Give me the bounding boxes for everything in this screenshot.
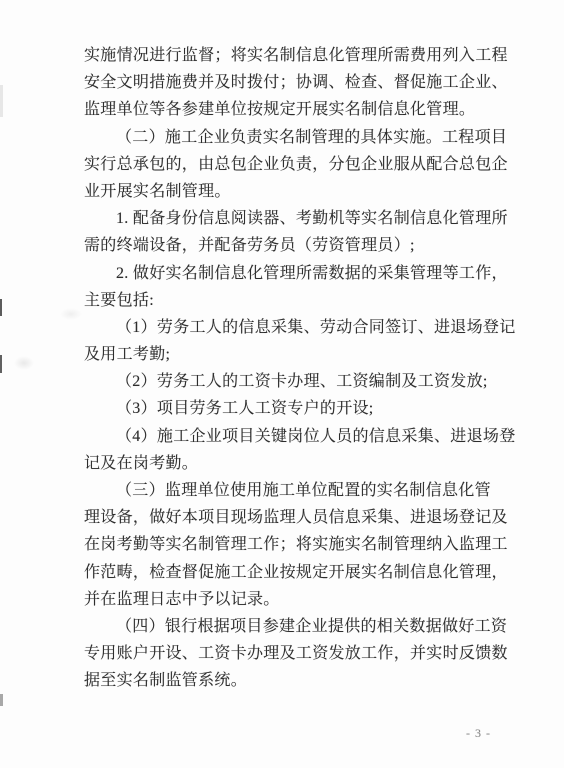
text-line: （2）劳务工人的工资卡办理、工资编制及工资发放; bbox=[84, 368, 514, 395]
text-line: 实施情况进行监督；将实名制信息化管理所需费用列入工程 bbox=[84, 42, 514, 69]
text-line: 记及在岗考勤。 bbox=[84, 450, 514, 477]
text-line: 需的终端设备，并配备劳务员（劳资管理员）; bbox=[84, 232, 514, 259]
text-line: 作范畴，检查督促施工企业按规定开展实名制信息化管理， bbox=[84, 559, 514, 586]
text-line: 实行总承包的，由总包企业负责，分包企业服从配合总包企 bbox=[84, 151, 514, 178]
scan-edge-mark bbox=[0, 299, 2, 316]
scan-smudge bbox=[14, 356, 34, 370]
text-line: 主要包括: bbox=[84, 287, 514, 314]
text-line: （4）施工企业项目关键岗位人员的信息采集、进退场登 bbox=[84, 423, 514, 450]
text-line: （1）劳务工人的信息采集、劳动合同签订、进退场登记 bbox=[84, 314, 514, 341]
text-line: 安全文明措施费并及时拨付；协调、检查、督促施工企业、 bbox=[84, 69, 514, 96]
text-line: （二）施工企业负责实名制管理的具体实施。工程项目 bbox=[84, 124, 514, 151]
page-number: - 3 - bbox=[466, 726, 491, 741]
scan-smudge bbox=[60, 308, 82, 320]
scan-edge-mark bbox=[0, 355, 2, 373]
document-page: 实施情况进行监督；将实名制信息化管理所需费用列入工程安全文明措施费并及时拨付；协… bbox=[0, 0, 564, 768]
text-line: （四）银行根据项目参建企业提供的相关数据做好工资 bbox=[84, 613, 514, 640]
text-line: （3）项目劳务工人工资专户的开设; bbox=[84, 395, 514, 422]
document-body: 实施情况进行监督；将实名制信息化管理所需费用列入工程安全文明措施费并及时拨付；协… bbox=[84, 42, 514, 695]
text-line: 监理单位等各参建单位按规定开展实名制信息化管理。 bbox=[84, 96, 514, 123]
text-line: 在岗考勤等实名制管理工作；将实施实名制管理纳入监理工 bbox=[84, 531, 514, 558]
text-line: 业开展实名制管理。 bbox=[84, 178, 514, 205]
text-line: （三）监理单位使用施工单位配置的实名制信息化管 bbox=[84, 477, 514, 504]
text-line: 据至实名制监管系统。 bbox=[84, 667, 514, 694]
text-line: 1. 配备身份信息阅读器、考勤机等实名制信息化管理所 bbox=[84, 205, 514, 232]
text-line: 理设备，做好本项目现场监理人员信息采集、进退场登记及 bbox=[84, 504, 514, 531]
scan-edge-smudge bbox=[0, 85, 3, 117]
text-line: 2. 做好实名制信息化管理所需数据的采集管理等工作， bbox=[84, 260, 514, 287]
scan-edge-mark bbox=[0, 694, 3, 706]
text-line: 并在监理日志中予以记录。 bbox=[84, 586, 514, 613]
text-line: 专用账户开设、工资卡办理及工资发放工作，并实时反馈数 bbox=[84, 640, 514, 667]
text-line: 及用工考勤; bbox=[84, 341, 514, 368]
